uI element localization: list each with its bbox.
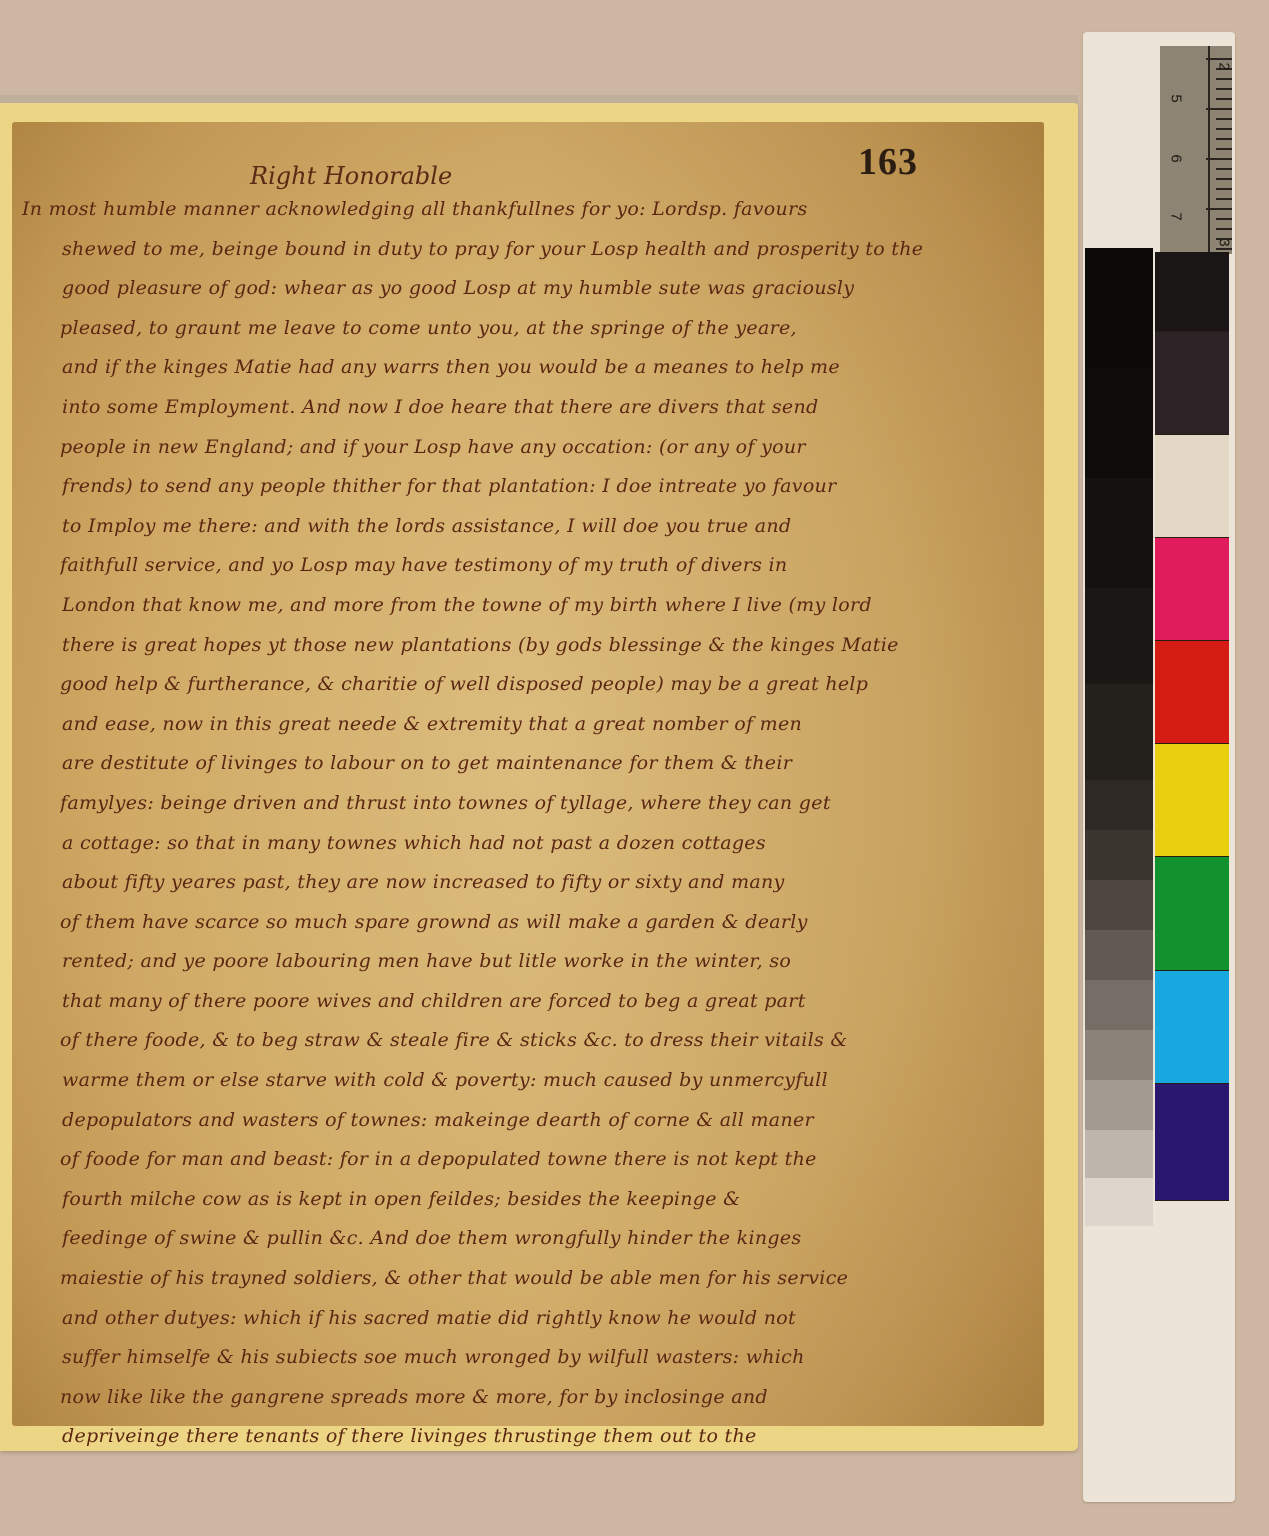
grey-scale <box>1085 248 1153 1226</box>
manuscript-line: to Imploy me there: and with the lords a… <box>62 507 1025 547</box>
color-patch-blue-violet <box>1155 1084 1229 1201</box>
color-patch-yellow <box>1155 744 1229 857</box>
manuscript-line: of there foode, & to beg straw & steale … <box>60 1021 1025 1061</box>
manuscript-line: into some Employment. And now I doe hear… <box>62 388 1025 428</box>
manuscript-line: and other dutyes: which if his sacred ma… <box>62 1299 1025 1339</box>
grey-step <box>1085 1178 1153 1226</box>
ruler-tick <box>1216 118 1232 120</box>
ruler-tick <box>1216 98 1232 100</box>
manuscript-line: feedinge of swine & pullin &c. And doe t… <box>62 1219 1025 1259</box>
ruler-label: 2 <box>1216 62 1233 70</box>
grey-step <box>1085 684 1153 780</box>
manuscript-line: pleased, to graunt me leave to come unto… <box>60 309 1025 349</box>
manuscript-line: warme them or else starve with cold & po… <box>62 1061 1025 1101</box>
manuscript-line: depriveinge there tenants of there livin… <box>62 1417 1025 1457</box>
ruler-label: 7 <box>1168 212 1185 220</box>
color-patch-dark-violet-grey <box>1155 332 1229 435</box>
manuscript-line: are destitute of livinges to labour on t… <box>62 744 1025 784</box>
manuscript-line: of foode for man and beast: for in a dep… <box>60 1140 1025 1180</box>
ruler-label: 3 <box>1216 238 1233 246</box>
color-patches <box>1155 252 1229 1201</box>
grey-step <box>1085 248 1153 368</box>
ruler-tick <box>1216 138 1232 140</box>
ruler-tick <box>1216 128 1232 130</box>
ruler-tick <box>1216 188 1232 190</box>
manuscript-line: good help & furtherance, & charitie of w… <box>60 665 1025 705</box>
ruler-tick <box>1216 88 1232 90</box>
manuscript-line: faithfull service, and yo Losp may have … <box>60 546 1025 586</box>
manuscript-line: people in new England; and if your Losp … <box>60 428 1025 468</box>
manuscript-line: In most humble manner acknowledging all … <box>22 190 1025 230</box>
grey-step <box>1085 930 1153 980</box>
ruler-label: 5 <box>1168 94 1185 102</box>
grey-step <box>1085 830 1153 880</box>
ruler-tick <box>1216 218 1232 220</box>
manuscript-line: and if the kinges Matie had any warrs th… <box>62 348 1025 388</box>
ruler-tick <box>1216 248 1232 250</box>
color-patch-green <box>1155 857 1229 971</box>
ruler-tick <box>1216 178 1232 180</box>
letter-body: In most humble manner acknowledging all … <box>110 190 1025 1457</box>
ruler-tick <box>1216 228 1232 230</box>
manuscript-line: frends) to send any people thither for t… <box>62 467 1025 507</box>
manuscript-line: good pleasure of god: whear as yo good L… <box>62 269 1025 309</box>
manuscript-line: and ease, now in this great neede & extr… <box>62 705 1025 745</box>
grey-step <box>1085 1080 1153 1130</box>
grey-step <box>1085 588 1153 684</box>
grey-step <box>1085 1130 1153 1178</box>
manuscript-line: famylyes: beinge driven and thrust into … <box>60 784 1025 824</box>
color-patch-white <box>1155 435 1229 538</box>
manuscript-line: rented; and ye poore labouring men have … <box>62 942 1025 982</box>
grey-step <box>1085 1030 1153 1080</box>
ruler-tick <box>1206 208 1232 210</box>
manuscript-line: maiestie of his trayned soldiers, & othe… <box>60 1259 1025 1299</box>
manuscript-line: of them have scarce so much spare grownd… <box>60 903 1025 943</box>
manuscript-line: now like like the gangrene spreads more … <box>60 1378 1025 1418</box>
manuscript-line: there is great hopes yt those new planta… <box>62 626 1025 666</box>
manuscript-line: about fifty yeares past, they are now in… <box>62 863 1025 903</box>
manuscript-line: shewed to me, beinge bound in duty to pr… <box>62 230 1025 270</box>
ruler: 25673 <box>1160 46 1232 254</box>
ruler-tick <box>1206 58 1232 60</box>
manuscript-line: London that know me, and more from the t… <box>62 586 1025 626</box>
grey-step <box>1085 980 1153 1030</box>
manuscript-line: depopulators and wasters of townes: make… <box>62 1101 1025 1141</box>
grey-step <box>1085 780 1153 830</box>
grey-step <box>1085 478 1153 588</box>
ruler-tick <box>1206 108 1232 110</box>
grey-step <box>1085 368 1153 478</box>
grey-step <box>1085 880 1153 930</box>
salutation: Right Honorable <box>250 162 452 190</box>
color-patch-cyan <box>1155 971 1229 1084</box>
color-patch-black <box>1155 252 1229 332</box>
color-patch-red <box>1155 641 1229 744</box>
folio-number: 163 <box>858 140 918 184</box>
ruler-tick <box>1216 168 1232 170</box>
ruler-tick <box>1206 158 1232 160</box>
ruler-tick <box>1216 148 1232 150</box>
manuscript-line: that many of there poore wives and child… <box>62 982 1025 1022</box>
ruler-label: 6 <box>1168 154 1185 162</box>
manuscript-line: a cottage: so that in many townes which … <box>62 824 1025 864</box>
color-patch-magenta <box>1155 538 1229 641</box>
ruler-tick <box>1216 78 1232 80</box>
ruler-tick <box>1216 198 1232 200</box>
manuscript-line: fourth milche cow as is kept in open fei… <box>62 1180 1025 1220</box>
ruler-spine <box>1208 46 1210 254</box>
manuscript-line: suffer himselfe & his subiects soe much … <box>62 1338 1025 1378</box>
